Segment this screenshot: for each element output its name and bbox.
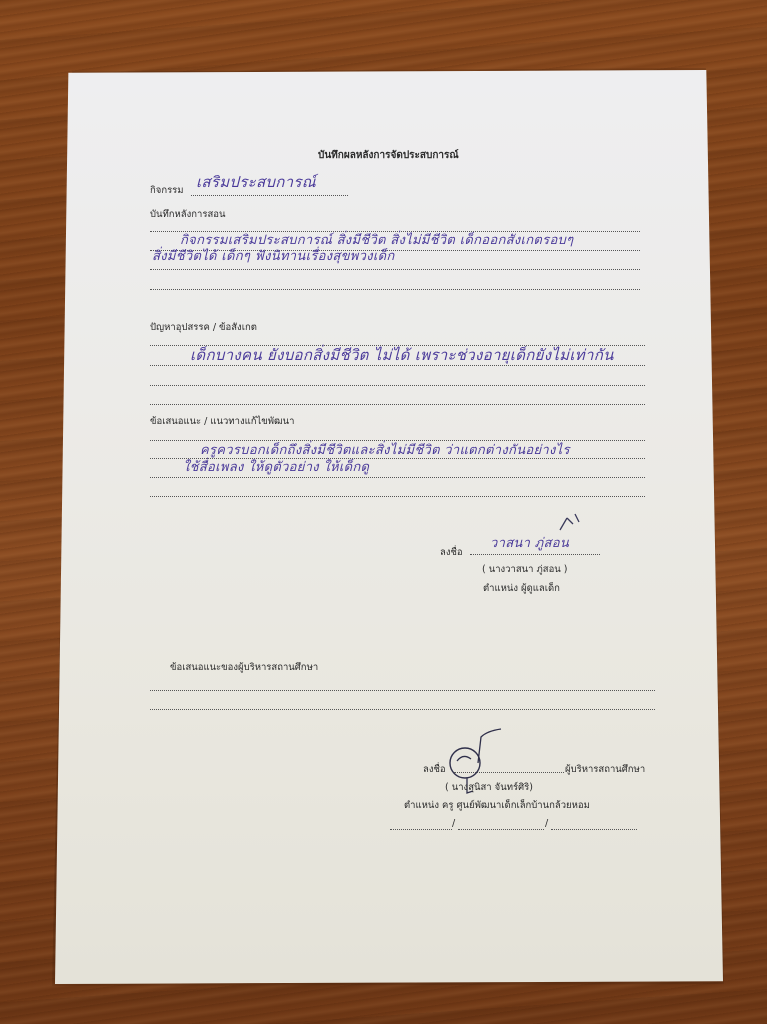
activity-value: เสริมประสบการณ์ [196, 170, 316, 194]
admin-comments-line-2 [150, 709, 655, 710]
admin-position: ตำแหน่ง ครู ศูนย์พัฒนาเด็กเล็กบ้านกล้วยห… [404, 798, 590, 813]
date-separator-2: / [545, 818, 548, 829]
admin-role: ผู้บริหารสถานศึกษา [565, 762, 645, 777]
problems-line-3 [150, 385, 645, 386]
date-month-line [458, 829, 544, 830]
suggestions-line-4 [150, 496, 645, 497]
teaching-notes-line-4 [150, 289, 640, 290]
date-day-line [390, 829, 452, 830]
caregiver-printed-name: ( นางวาสนา ภู่สอน ) [482, 562, 568, 577]
admin-sign-label: ลงชื่อ [423, 762, 446, 777]
problems-line-4 [150, 404, 645, 405]
document-title: บันทึกผลหลังการจัดประสบการณ์ [318, 148, 459, 163]
activity-line [191, 195, 348, 196]
admin-comments-line-1 [150, 690, 655, 691]
teaching-notes-text-2: สิ่งมีชีวิตได้ เด็กๆ ฟังนิทานเรื่องสุขพว… [152, 245, 395, 266]
caregiver-position: ตำแหน่ง ผู้ดูแลเด็ก [483, 581, 560, 596]
teaching-notes-label: บันทึกหลังการสอน [150, 207, 225, 222]
suggestions-label: ข้อเสนอแนะ / แนวทางแก้ไขพัฒนา [150, 414, 294, 429]
caregiver-sign-line [470, 554, 600, 555]
suggestions-text-2: ใช้สื่อเพลง ให้ดูตัวอย่าง ให้เด็กดู [183, 456, 369, 477]
caregiver-sign-label: ลงชื่อ [440, 545, 463, 560]
signature-flourish-icon [555, 510, 585, 535]
admin-comments-label: ข้อเสนอแนะของผู้บริหารสถานศึกษา [170, 660, 318, 675]
caregiver-signature: วาสนา ภู่สอน [490, 532, 569, 553]
date-separator-1: / [452, 818, 455, 829]
suggestions-line-3 [150, 477, 645, 478]
problems-label: ปัญหาอุปสรรค / ข้อสังเกต [150, 320, 257, 335]
problems-text-1: เด็กบางคน ยังบอกสิ่งมีชีวิต ไม่ได้ เพราะ… [190, 343, 614, 367]
teaching-notes-line-3 [150, 269, 640, 270]
admin-sign-line [454, 772, 564, 773]
document: บันทึกผลหลังการจัดประสบการณ์ กิจกรรม เสร… [0, 0, 767, 1024]
activity-label: กิจกรรม [150, 183, 184, 198]
admin-printed-name: ( นางสุนิสา จันทร์ศิริ) [445, 780, 533, 795]
date-year-line [551, 829, 637, 830]
